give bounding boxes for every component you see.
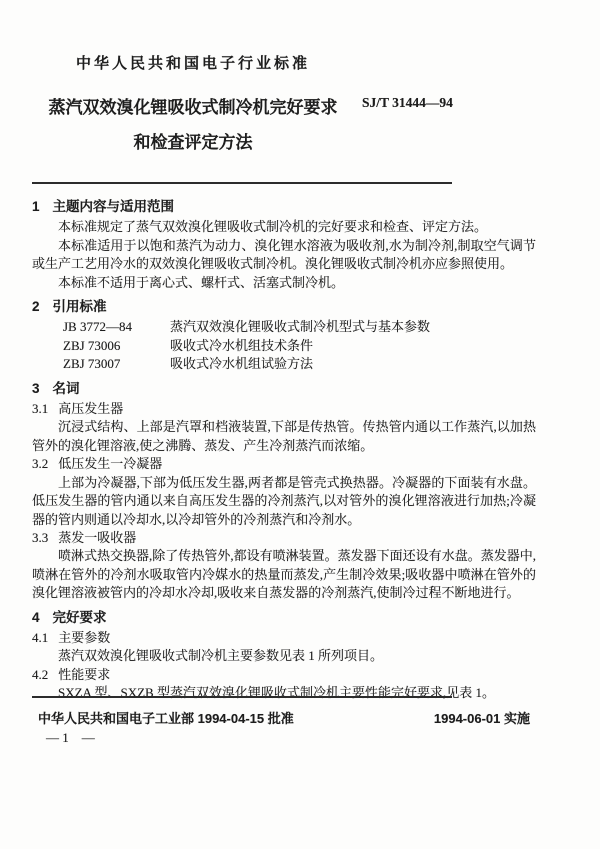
section-3-heading: 3名词	[32, 380, 536, 398]
subsection-4-2-heading: 4.2性能要求	[32, 666, 536, 684]
standard-org-label: 中华人民共和国电子行业标准	[76, 52, 310, 73]
footer-divider-rule	[32, 696, 452, 698]
section-4-heading: 4完好要求	[32, 609, 536, 627]
subsection-4-2-number: 4.2	[32, 667, 48, 682]
section-3-number: 3	[32, 381, 40, 396]
section-4-title: 完好要求	[53, 610, 107, 625]
reference-code: ZBJ 73007	[63, 355, 170, 373]
subsection-3-2-title: 低压发生一冷凝器	[58, 456, 162, 471]
section-1-paragraph: 本标准适用于以饱和蒸汽为动力、溴化锂水溶液为吸收剂,水为制冷剂,制取空气调节或生…	[32, 237, 536, 274]
subsection-3-3-number: 3.3	[32, 530, 48, 545]
document-title: 蒸汽双效溴化锂吸收式制冷机完好要求 和检查评定方法	[30, 90, 356, 160]
reference-title: 蒸汽双效溴化锂吸收式制冷机型式与基本参数	[170, 319, 430, 334]
reference-item: ZBJ 73006吸收式冷水机组技术条件	[32, 337, 536, 355]
subsection-3-3-title: 蒸发一吸收器	[58, 530, 136, 545]
reference-title: 吸收式冷水机组技术条件	[170, 338, 313, 353]
section-1-paragraph: 本标准不适用于离心式、螺杆式、活塞式制冷机。	[32, 274, 536, 292]
section-2-heading: 2引用标准	[32, 298, 536, 316]
reference-code: JB 3772—84	[63, 318, 170, 336]
reference-item: ZBJ 73007吸收式冷水机组试验方法	[32, 355, 536, 373]
document-body: 1主题内容与适用范围 本标准规定了蒸气双效溴化锂吸收式制冷机的完好要求和检查、评…	[32, 192, 536, 703]
section-2-number: 2	[32, 299, 40, 314]
approval-note: 中华人民共和国电子工业部 1994-04-15 批准	[38, 708, 294, 727]
section-1-heading: 1主题内容与适用范围	[32, 198, 536, 216]
section-1-paragraph: 本标准规定了蒸气双效溴化锂吸收式制冷机的完好要求和检查、评定方法。	[32, 218, 536, 236]
subsection-3-3-text: 喷淋式热交换器,除了传热管外,都设有喷淋装置。蒸发器下面还设有水盘。蒸发器中,喷…	[32, 547, 536, 602]
footer: 中华人民共和国电子工业部 1994-04-15 批准 1994-06-01 实施	[38, 708, 530, 727]
subsection-4-1-text: 蒸汽双效溴化锂吸收式制冷机主要参数见表 1 所列项目。	[32, 647, 536, 665]
subsection-4-1-title: 主要参数	[58, 630, 110, 645]
section-1-number: 1	[32, 199, 40, 214]
page-number: — 1 —	[46, 727, 95, 746]
header-divider-rule	[32, 182, 452, 184]
standard-document-page: 中华人民共和国电子行业标准 蒸汽双效溴化锂吸收式制冷机完好要求 和检查评定方法 …	[0, 0, 600, 849]
document-title-line1: 蒸汽双效溴化锂吸收式制冷机完好要求	[30, 90, 356, 125]
subsection-3-1-title: 高压发生器	[58, 401, 123, 416]
subsection-4-2-title: 性能要求	[58, 667, 110, 682]
subsection-4-2-text: SXZA 型、SXZB 型蒸汽双效溴化锂吸收式制冷机主要性能完好要求,见表 1。	[32, 684, 536, 702]
section-4-number: 4	[32, 610, 40, 625]
reference-title: 吸收式冷水机组试验方法	[170, 356, 313, 371]
subsection-4-1-number: 4.1	[32, 630, 48, 645]
section-1-title: 主题内容与适用范围	[53, 199, 175, 214]
subsection-3-1-text: 沉浸式结构、上部是汽罩和档液装置,下部是传热管。传热管内通以工作蒸汽,以加热管外…	[32, 418, 536, 455]
standard-code: SJ/T 31444—94	[362, 95, 453, 111]
section-2-title: 引用标准	[53, 299, 107, 314]
subsection-3-2-text: 上部为冷凝器,下部为低压发生器,两者都是管壳式换热器。冷凝器的下面装有水盘。低压…	[32, 474, 536, 529]
subsection-3-3-heading: 3.3蒸发一吸收器	[32, 529, 536, 547]
subsection-4-1-heading: 4.1主要参数	[32, 629, 536, 647]
document-title-line2: 和检查评定方法	[30, 125, 356, 160]
reference-code: ZBJ 73006	[63, 337, 170, 355]
subsection-3-1-number: 3.1	[32, 401, 48, 416]
reference-item: JB 3772—84蒸汽双效溴化锂吸收式制冷机型式与基本参数	[32, 318, 536, 336]
subsection-3-1-heading: 3.1高压发生器	[32, 400, 536, 418]
subsection-3-2-heading: 3.2低压发生一冷凝器	[32, 455, 536, 473]
section-3-title: 名词	[53, 381, 80, 396]
implementation-date: 1994-06-01 实施	[434, 708, 530, 727]
subsection-3-2-number: 3.2	[32, 456, 48, 471]
